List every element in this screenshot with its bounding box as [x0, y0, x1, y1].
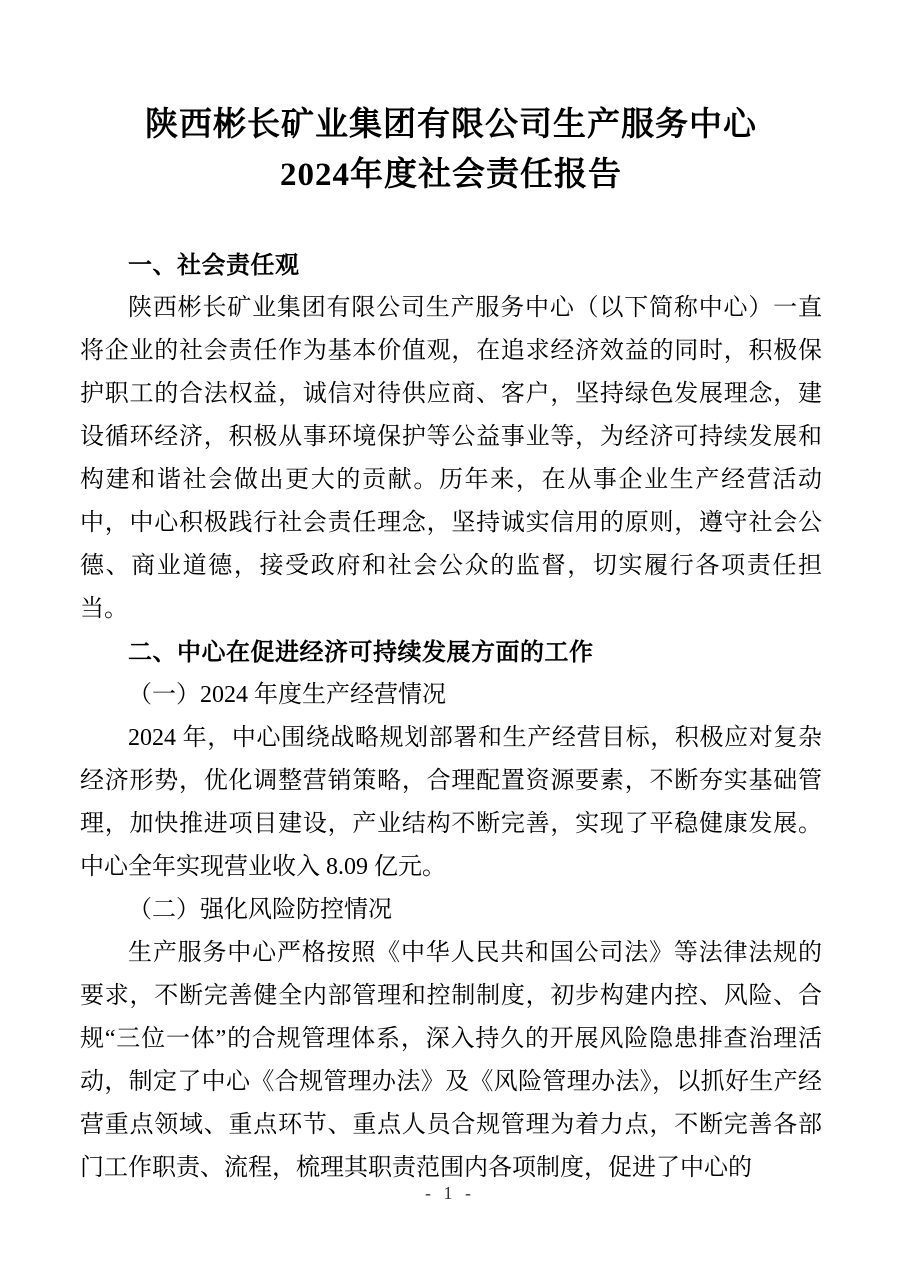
section-heading-2: 二、中心在促进经济可持续发展方面的工作 [80, 631, 822, 674]
subsection-heading-1: （一）2024 年度生产经营情况 [80, 674, 822, 717]
document-title-line-2: 2024年度社会责任报告 [80, 150, 822, 200]
paragraph-risk-control: 生产服务中心严格按照《中华人民共和国公司法》等法律法规的要求，不断完善健全内部管… [80, 932, 822, 1190]
document-title: 陕西彬长矿业集团有限公司生产服务中心 2024年度社会责任报告 [80, 100, 822, 200]
paragraph-production-operations: 2024 年，中心围绕战略规划部署和生产经营目标，积极应对复杂经济形势，优化调整… [80, 717, 822, 889]
paragraph-social-responsibility: 陕西彬长矿业集团有限公司生产服务中心（以下简称中心）一直将企业的社会责任作为基本… [80, 287, 822, 631]
document-title-line-1: 陕西彬长矿业集团有限公司生产服务中心 [80, 100, 822, 150]
document-body: 一、社会责任观 陕西彬长矿业集团有限公司生产服务中心（以下简称中心）一直将企业的… [80, 244, 822, 1190]
section-heading-1: 一、社会责任观 [80, 244, 822, 287]
document-page: 陕西彬长矿业集团有限公司生产服务中心 2024年度社会责任报告 一、社会责任观 … [0, 0, 900, 1273]
subsection-heading-2: （二）强化风险防控情况 [80, 889, 822, 932]
page-number-footer: - 1 - [0, 1183, 900, 1204]
